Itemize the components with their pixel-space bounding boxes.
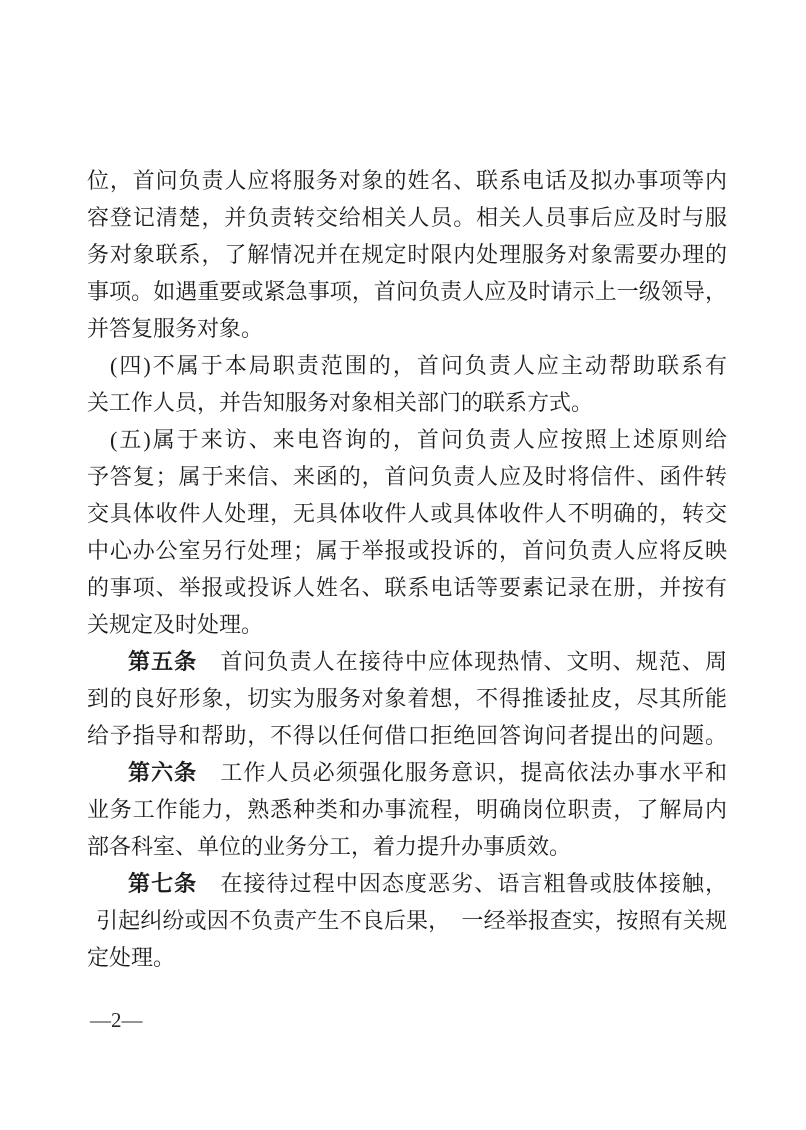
text-line: 业务工作能力，熟悉种类和办事流程，明确岗位职责，了解局内 — [87, 791, 727, 828]
text-line: 定处理。 — [87, 939, 727, 976]
text-run: (五)属于来访、来电咨询的，首问负责人应按照上述原则给 — [110, 427, 727, 452]
text-line: 容登记清楚，并负责转交给相关人员。相关人员事后应及时与服 — [87, 199, 727, 236]
text-line: 并答复服务对象。 — [87, 310, 727, 347]
text-run: 位，首问负责人应将服务对象的姓名、联系电话及拟办事项等内 — [87, 168, 727, 193]
article-number-run: 第七条 — [128, 871, 197, 896]
text-line: 事项。如遇重要或紧急事项，首问负责人应及时请示上一级领导， — [87, 273, 727, 310]
text-line: 的事项、举报或投诉人姓名、联系电话等要素记录在册，并按有 — [87, 569, 727, 606]
article-number-run: 第六条 — [128, 760, 197, 785]
document-page: 位，首问负责人应将服务对象的姓名、联系电话及拟办事项等内容登记清楚，并负责转交给… — [0, 0, 806, 1130]
text-line: 给予指导和帮助，不得以任何借口拒绝回答询问者提出的问题。 — [87, 717, 727, 754]
text-line: 交具体收件人处理，无具体收件人或具体收件人不明确的，转交 — [87, 495, 727, 532]
text-run: 引起纠纷或因不负责产生不良后果， 一经举报查实，按照有关规 — [96, 908, 727, 933]
paragraph-article-5: 第五条 首问负责人在接待中应体现热情、文明、规范、周到的良好形象，切实为服务对象… — [87, 643, 727, 754]
text-run: 事项。如遇重要或紧急事项，首问负责人应及时请示上一级领导， — [87, 279, 727, 304]
text-run: 首问负责人在接待中应体现热情、文明、规范、周 — [197, 649, 727, 674]
text-run: 工作人员必须强化服务意识，提高依法办事水平和 — [197, 760, 727, 785]
text-run: 予答复；属于来信、来函的，首问负责人应及时将信件、函件转 — [87, 464, 727, 489]
text-line: 第六条 工作人员必须强化服务意识，提高依法办事水平和 — [87, 754, 727, 791]
paragraph-article-6: 第六条 工作人员必须强化服务意识，提高依法办事水平和业务工作能力，熟悉种类和办事… — [87, 754, 727, 865]
paragraph-article-7: 第七条 在接待过程中因态度恶劣、语言粗鲁或肢体接触，引起纠纷或因不负责产生不良后… — [87, 865, 727, 976]
text-run: 定处理。 — [87, 945, 175, 970]
page-number: —2— — [90, 1004, 143, 1036]
paragraph-item-5: (五)属于来访、来电咨询的，首问负责人应按照上述原则给予答复；属于来信、来函的，… — [87, 421, 727, 643]
text-line: 引起纠纷或因不负责产生不良后果， 一经举报查实，按照有关规 — [87, 902, 727, 939]
text-line: 务对象联系，了解情况并在规定时限内处理服务对象需要办理的 — [87, 236, 727, 273]
text-line: 关工作人员，并告知服务对象相关部门的联系方式。 — [87, 384, 727, 421]
document-body: 位，首问负责人应将服务对象的姓名、联系电话及拟办事项等内容登记清楚，并负责转交给… — [87, 162, 727, 976]
text-run: 在接待过程中因态度恶劣、语言粗鲁或肢体接触， — [197, 871, 727, 896]
article-number-run: 第五条 — [128, 649, 197, 674]
text-line: (四)不属于本局职责范围的，首问负责人应主动帮助联系有 — [87, 347, 727, 384]
text-run: 容登记清楚，并负责转交给相关人员。相关人员事后应及时与服 — [87, 205, 727, 230]
text-line: (五)属于来访、来电咨询的，首问负责人应按照上述原则给 — [87, 421, 727, 458]
text-line: 第五条 首问负责人在接待中应体现热情、文明、规范、周 — [87, 643, 727, 680]
paragraph-item-4: (四)不属于本局职责范围的，首问负责人应主动帮助联系有关工作人员，并告知服务对象… — [87, 347, 727, 421]
text-run: 务对象联系，了解情况并在规定时限内处理服务对象需要办理的 — [87, 242, 727, 267]
text-run: 中心办公室另行处理；属于举报或投诉的，首问负责人应将反映 — [87, 538, 727, 563]
text-run: 到的良好形象，切实为服务对象着想，不得推诿扯皮，尽其所能 — [87, 686, 727, 711]
text-run: (四)不属于本局职责范围的，首问负责人应主动帮助联系有 — [110, 353, 727, 378]
text-line: 部各科室、单位的业务分工，着力提升办事质效。 — [87, 828, 727, 865]
text-run: 关工作人员，并告知服务对象相关部门的联系方式。 — [87, 390, 593, 415]
text-run: 的事项、举报或投诉人姓名、联系电话等要素记录在册，并按有 — [87, 575, 727, 600]
text-run: 关规定及时处理。 — [87, 612, 263, 637]
text-line: 位，首问负责人应将服务对象的姓名、联系电话及拟办事项等内 — [87, 162, 727, 199]
text-run: 部各科室、单位的业务分工，着力提升办事质效。 — [87, 834, 571, 859]
text-run: 并答复服务对象。 — [87, 316, 263, 341]
text-line: 到的良好形象，切实为服务对象着想，不得推诿扯皮，尽其所能 — [87, 680, 727, 717]
text-line: 中心办公室另行处理；属于举报或投诉的，首问负责人应将反映 — [87, 532, 727, 569]
text-run: 交具体收件人处理，无具体收件人或具体收件人不明确的，转交 — [87, 501, 727, 526]
text-line: 予答复；属于来信、来函的，首问负责人应及时将信件、函件转 — [87, 458, 727, 495]
text-run: 业务工作能力，熟悉种类和办事流程，明确岗位职责，了解局内 — [87, 797, 727, 822]
paragraph-continuation: 位，首问负责人应将服务对象的姓名、联系电话及拟办事项等内容登记清楚，并负责转交给… — [87, 162, 727, 347]
text-line: 第七条 在接待过程中因态度恶劣、语言粗鲁或肢体接触， — [87, 865, 727, 902]
text-run: 给予指导和帮助，不得以任何借口拒绝回答询问者提出的问题。 — [87, 723, 727, 748]
text-line: 关规定及时处理。 — [87, 606, 727, 643]
